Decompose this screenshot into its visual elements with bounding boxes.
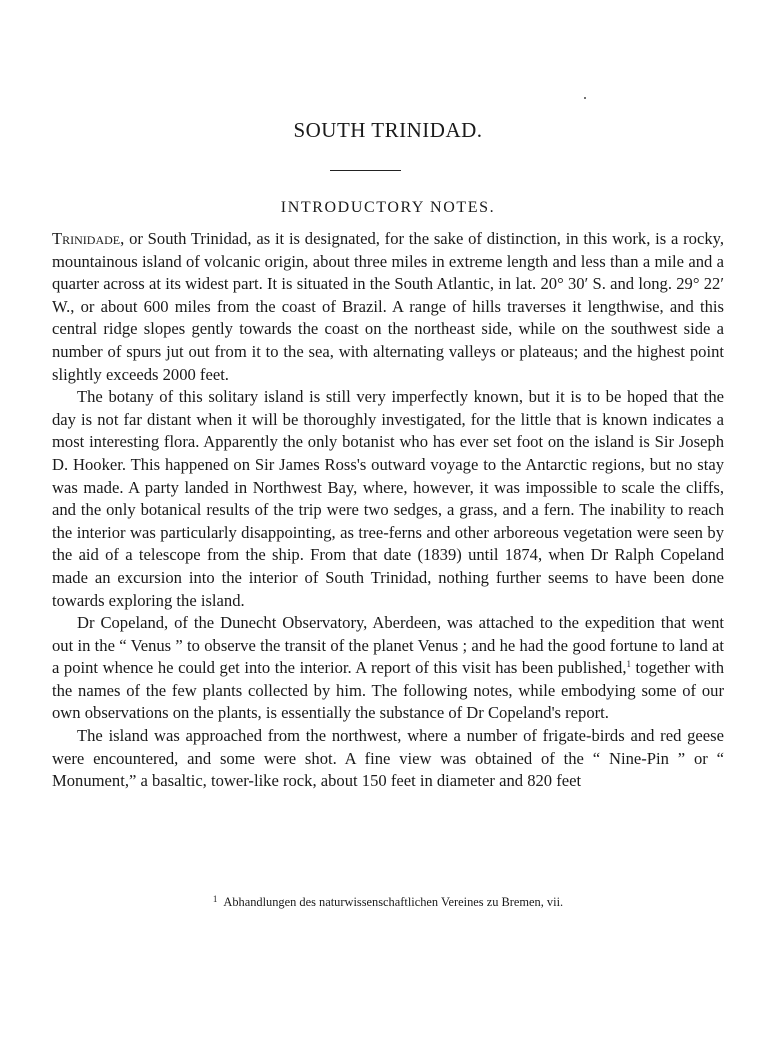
- footnote-text: Abhandlungen des naturwissenschaftlichen…: [223, 895, 563, 909]
- paragraph-1: Trinidade, or South Trinidad, as it is d…: [52, 228, 724, 386]
- document-page: SOUTH TRINIDAD. INTRODUCTORY NOTES. Trin…: [0, 0, 776, 1050]
- paragraph-2: The botany of this solitary island is st…: [52, 386, 724, 612]
- paragraph-4: The island was approached from the north…: [52, 725, 724, 793]
- page-title: SOUTH TRINIDAD.: [0, 118, 776, 143]
- paragraph-3: Dr Copeland, of the Dunecht Observatory,…: [52, 612, 724, 725]
- section-heading: INTRODUCTORY NOTES.: [0, 199, 776, 217]
- body-text: Trinidade, or South Trinidad, as it is d…: [52, 228, 724, 793]
- footnote-mark: 1: [213, 894, 218, 904]
- paragraph-1-text: , or South Trinidad, as it is designated…: [52, 229, 724, 384]
- lead-word: Trinidade: [52, 229, 120, 248]
- page-speck: [584, 97, 586, 99]
- footnote: 1Abhandlungen des naturwissenschaftliche…: [0, 894, 776, 910]
- title-divider: [330, 170, 401, 171]
- paragraph-3-text-a: Dr Copeland, of the Dunecht Observatory,…: [52, 613, 724, 677]
